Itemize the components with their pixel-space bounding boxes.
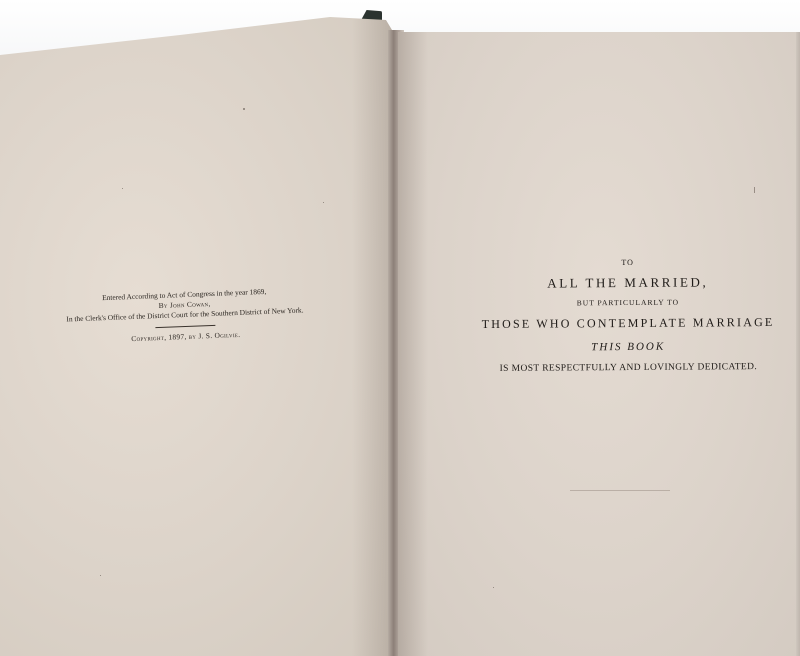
dedication-to: TO — [458, 257, 798, 268]
faint-rule — [570, 490, 670, 491]
copyright-notice: Entered According to Act of Congress in … — [39, 284, 331, 347]
paper-speck — [323, 202, 324, 203]
paper-speck — [122, 188, 123, 189]
dedication-particularly: BUT PARTICULARLY TO — [458, 297, 798, 308]
paper-mark — [754, 187, 755, 193]
dedication-all-married: ALL THE MARRIED, — [458, 274, 798, 292]
paper-speck — [243, 108, 245, 110]
divider-rule — [155, 325, 215, 328]
paper-speck — [100, 575, 101, 576]
dedication-this-book: THIS BOOK — [458, 340, 798, 354]
dedication-contemplate: THOSE WHO CONTEMPLATE MARRIAGE — [458, 315, 798, 332]
dedication: TO ALL THE MARRIED, BUT PARTICULARLY TO … — [458, 257, 799, 374]
paper-speck — [493, 587, 494, 588]
open-book-photo: Entered According to Act of Congress in … — [0, 0, 800, 656]
